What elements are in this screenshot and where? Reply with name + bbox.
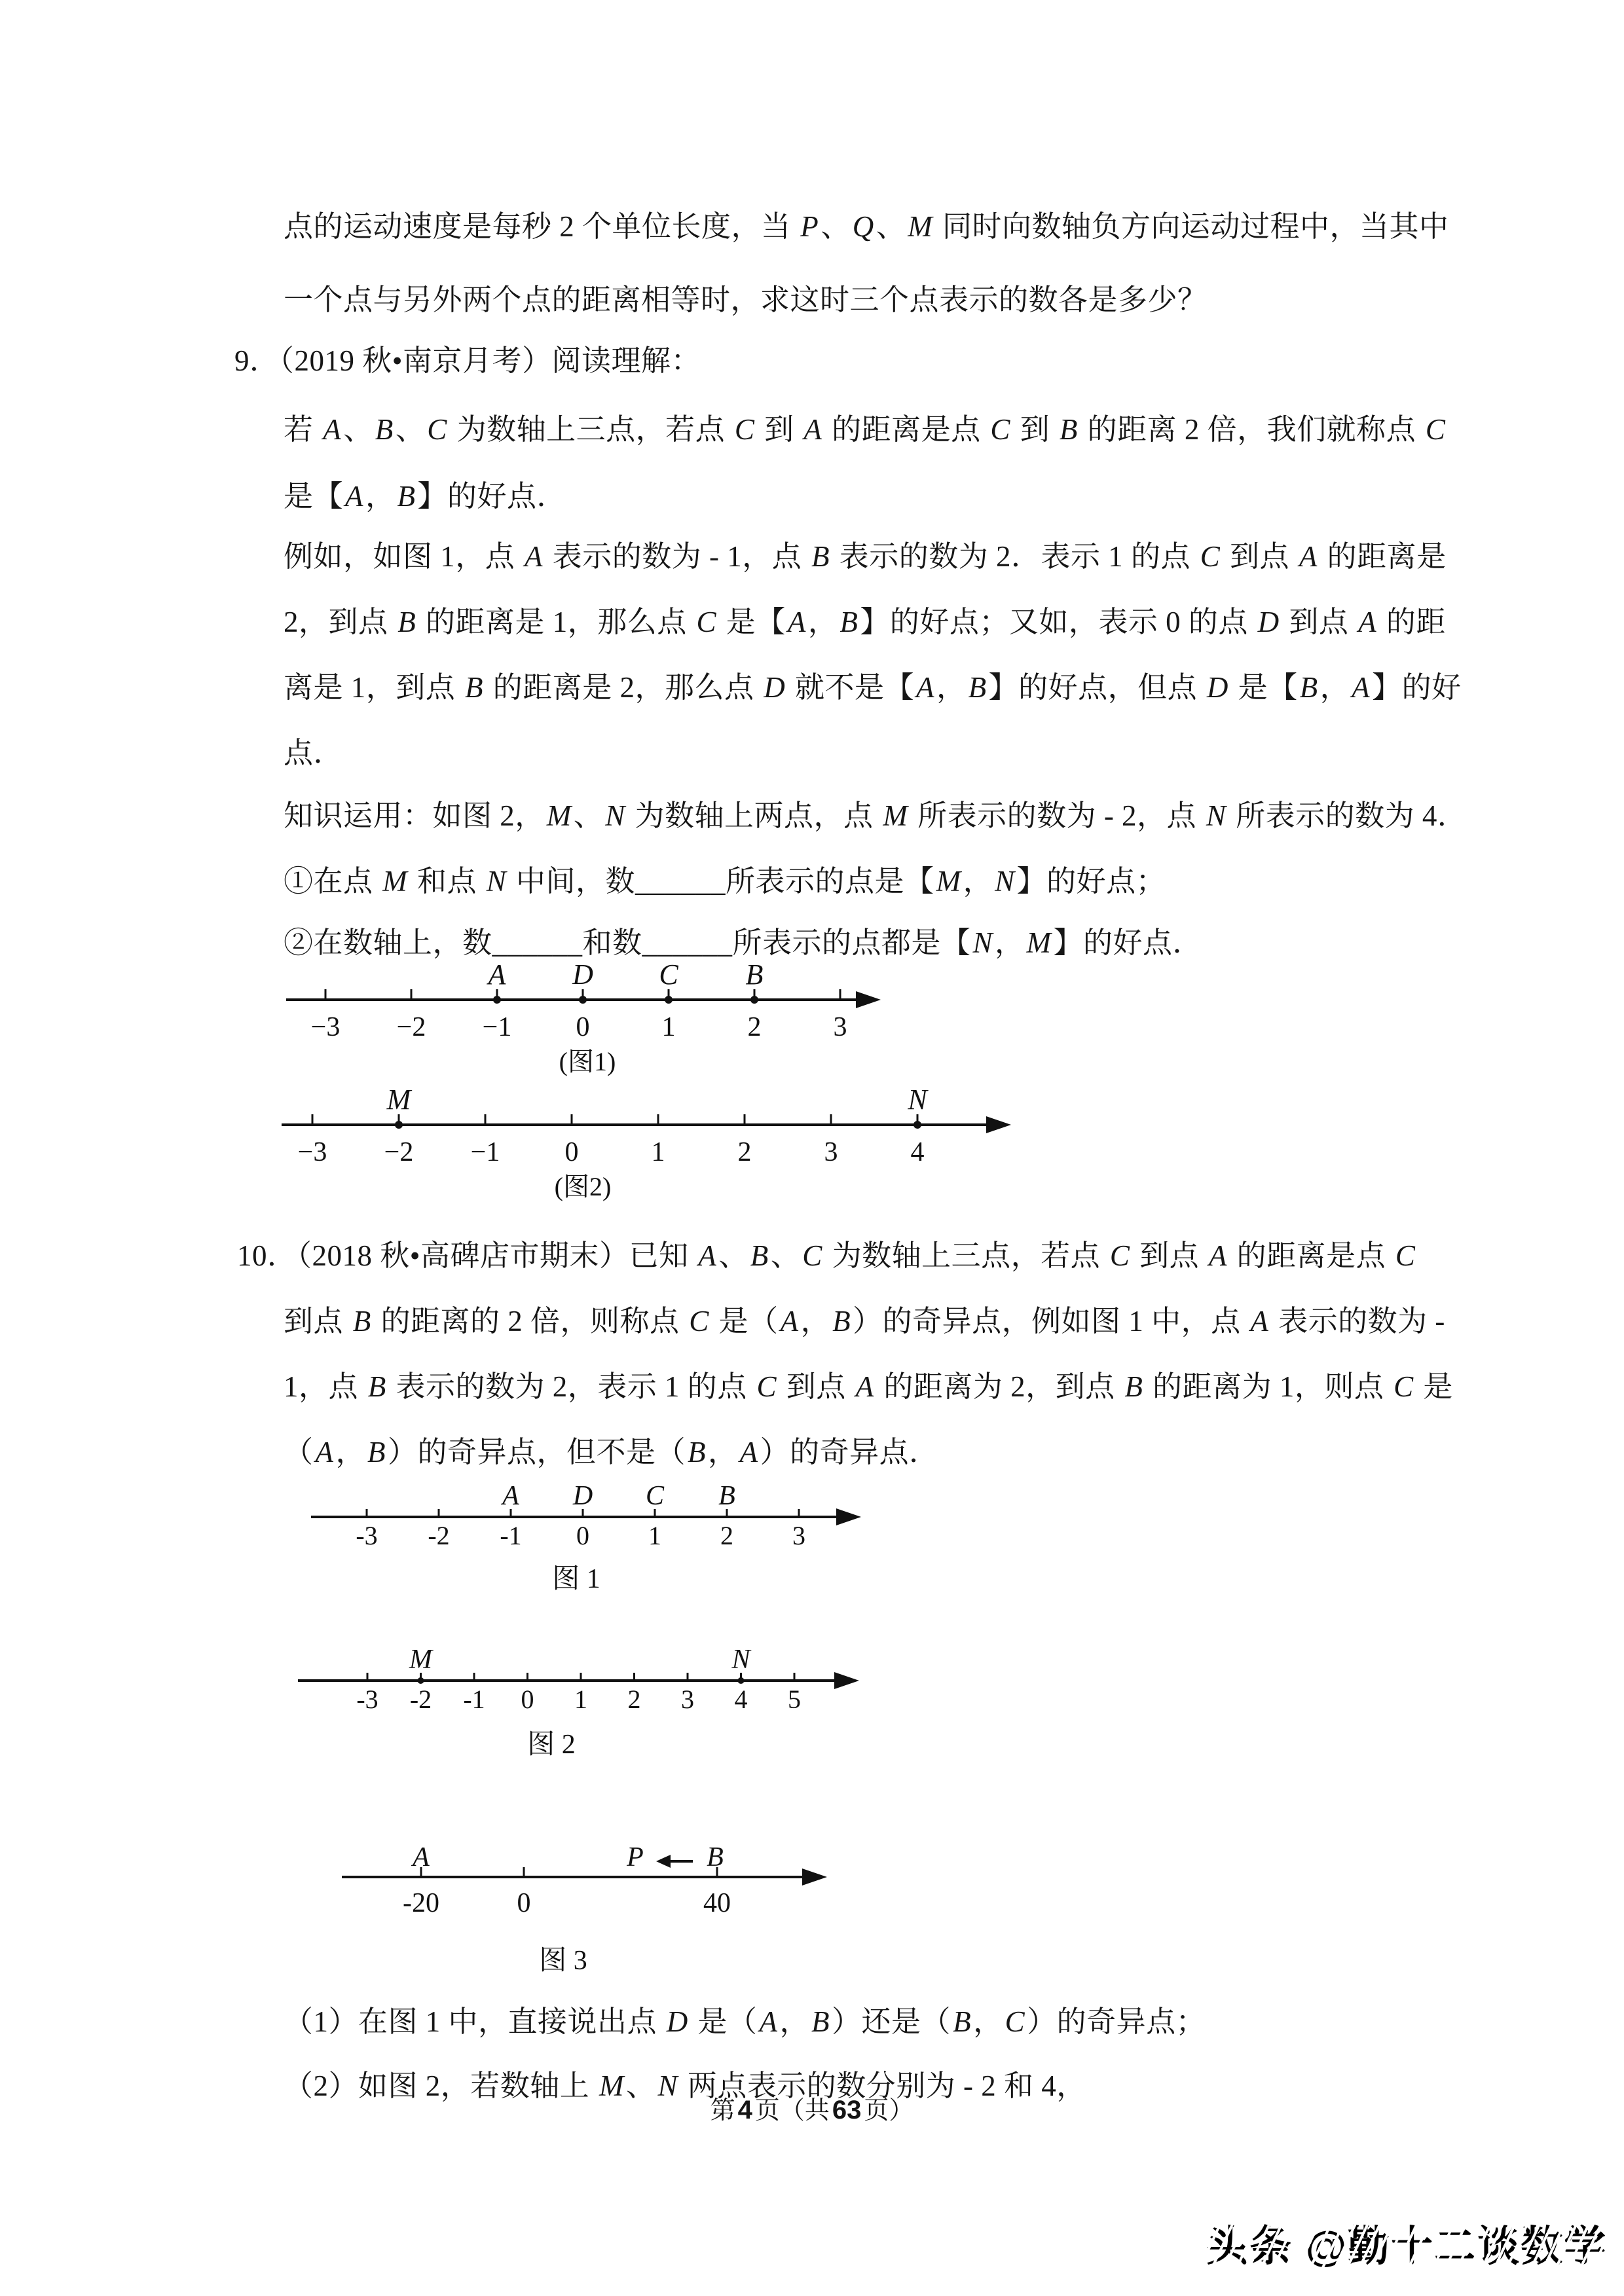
figure-caption: (图2) (555, 1172, 612, 1201)
tick-label: 3 (681, 1685, 694, 1714)
point-dot (665, 996, 673, 1004)
point-dot (738, 1677, 745, 1684)
axis-arrowhead-icon (834, 1672, 859, 1689)
tick-label: 1 (648, 1521, 661, 1550)
footer-suffix: 页） (864, 2097, 913, 2124)
text-line: 10．（2018 秋•高碑店市期末）已知 A、B、C 为数轴上三点，若点 C 到… (237, 1237, 1417, 1274)
point-label: B (718, 1481, 735, 1511)
number-line-svg: -3-2-10123ADCB图 1 (295, 1480, 891, 1604)
text-line: 离是 1，到点 B 的距离是 2，那么点 D 就不是【A，B】的好点，但点 D … (284, 669, 1462, 706)
point-label: A (487, 958, 507, 991)
tick-label: 0 (565, 1137, 579, 1167)
number-line-svg: −3−2−10123ADCB(图1) (275, 949, 923, 1087)
tick-label: 5 (788, 1685, 801, 1714)
tick-label: 0 (517, 1888, 531, 1918)
left-arrow-head-icon (656, 1855, 671, 1868)
tick-label: 0 (576, 1521, 589, 1550)
point-label: A (411, 1842, 430, 1872)
footer-prefix: 第 (710, 2097, 735, 2124)
point-dot (913, 1121, 921, 1129)
figure-q10-3-number-line: -20040A图 3PB (327, 1820, 871, 1977)
number-line-svg: -3-2-1012345MN图 2 (295, 1643, 891, 1771)
figure-q9-1-number-line: −3−2−10123ADCB(图1) (275, 949, 923, 1087)
figure-q9-2-number-line: −3−2−101234MN(图2) (275, 1074, 1041, 1211)
text-line: 是【A，B】的好点． (284, 478, 566, 515)
page-footer: 第4页（共63页） (0, 2090, 1624, 2126)
point-label: D (572, 1481, 593, 1511)
tick-label: 40 (703, 1888, 731, 1918)
figure-q10-1-number-line: -3-2-10123ADCB图 1 (295, 1480, 891, 1604)
moving-point-label: P (626, 1842, 644, 1872)
tick-label: 2 (738, 1137, 752, 1167)
axis-arrowhead-icon (986, 1116, 1011, 1133)
figure-caption: 图 3 (539, 1946, 587, 1976)
tick-label: −1 (471, 1137, 500, 1167)
point-dot (493, 996, 501, 1004)
tick-label: 3 (834, 1012, 847, 1042)
text-line: 点的运动速度是每秒 2 个单位长度，当 P、Q、M 同时向数轴负方向运动过程中，… (284, 208, 1449, 245)
tick-label: 2 (720, 1521, 733, 1550)
tick-label: 3 (792, 1521, 805, 1550)
tick-label: 0 (521, 1685, 534, 1714)
figure-caption: (图1) (559, 1047, 616, 1076)
point-dot (579, 996, 587, 1004)
figure-caption: 图 1 (552, 1564, 600, 1594)
point-label: N (907, 1084, 929, 1116)
tick-label: −3 (311, 1012, 341, 1042)
point-dot (418, 1677, 424, 1684)
worksheet-page: 点的运动速度是每秒 2 个单位长度，当 P、Q、M 同时向数轴负方向运动过程中，… (0, 0, 1624, 2296)
text-line: 9．（2019 秋•南京月考）阅读理解： (234, 342, 701, 379)
point-label: B (746, 958, 764, 991)
tick-label: -1 (463, 1685, 485, 1714)
text-line: 2，到点 B 的距离是 1，那么点 C 是【A，B】的好点；又如，表示 0 的点… (284, 604, 1446, 640)
axis-arrowhead-icon (856, 991, 881, 1008)
tick-label: 4 (911, 1137, 925, 1167)
text-line: 若 A、B、C 为数轴上三点，若点 C 到 A 的距离是点 C 到 B 的距离 … (284, 411, 1447, 448)
tick-label: 2 (628, 1685, 641, 1714)
text-line: （A，B）的奇异点，但不是（B，A）的奇异点． (284, 1434, 939, 1470)
point-label: A (500, 1481, 519, 1511)
tick-label: −2 (384, 1137, 414, 1167)
figure-caption: 图 2 (527, 1730, 576, 1760)
point-label: C (659, 958, 678, 991)
tick-label: -2 (410, 1685, 432, 1714)
footer-total-pages: 63 (830, 2096, 864, 2124)
tick-label: 1 (574, 1685, 587, 1714)
point-dot (395, 1121, 403, 1129)
point-label: C (646, 1481, 665, 1511)
text-line: 1，点 B 表示的数为 2，表示 1 的点 C 到点 A 的距离为 2，到点 B… (284, 1368, 1453, 1405)
tick-label: 4 (735, 1685, 748, 1714)
point-label: M (386, 1084, 413, 1116)
tick-label: 1 (662, 1012, 676, 1042)
tick-label: -1 (500, 1521, 521, 1550)
tick-label: -2 (428, 1521, 449, 1550)
tick-label: 1 (652, 1137, 665, 1167)
point-label: D (572, 958, 593, 991)
tick-label: -3 (356, 1521, 377, 1550)
number-line-svg: -20040A图 3PB (327, 1820, 871, 1977)
text-line: 点． (284, 735, 343, 771)
tick-label: 3 (824, 1137, 838, 1167)
footer-page-number: 4 (735, 2096, 755, 2124)
watermark-toutiao: 头条 @勤十二谈数学 (1206, 2213, 1607, 2273)
axis-arrowhead-icon (836, 1508, 861, 1525)
axis-arrowhead-icon (802, 1868, 827, 1886)
number-line-svg: −3−2−101234MN(图2) (275, 1074, 1041, 1211)
footer-mid: 页（共 (755, 2097, 830, 2124)
tick-label: -3 (356, 1685, 378, 1714)
tick-label: 2 (748, 1012, 762, 1042)
figure-q10-2-number-line: -3-2-1012345MN图 2 (295, 1643, 891, 1771)
text-line: 到点 B 的距离的 2 倍，则称点 C 是（A，B）的奇异点，例如图 1 中，点… (284, 1303, 1445, 1339)
text-line: （1）在图 1 中，直接说出点 D 是（A，B）还是（B，C）的奇异点； (284, 2003, 1206, 2040)
point-dot (750, 996, 758, 1004)
tick-label: −1 (483, 1012, 512, 1042)
text-line: 知识运用：如图 2，M、N 为数轴上两点，点 M 所表示的数为 - 2，点 N … (284, 797, 1467, 834)
tick-label: −3 (298, 1137, 327, 1167)
text-line: 例如，如图 1，点 A 表示的数为 - 1，点 B 表示的数为 2．表示 1 的… (284, 538, 1447, 575)
tick-label: 0 (576, 1012, 590, 1042)
point-label: M (409, 1645, 434, 1675)
tick-label: -20 (403, 1888, 439, 1918)
from-point-label: B (707, 1842, 724, 1872)
text-line: ①在点 M 和点 N 中间，数______所表示的点是【M，N】的好点； (284, 863, 1166, 900)
tick-label: −2 (397, 1012, 426, 1042)
point-label: N (731, 1645, 751, 1675)
text-line: 一个点与另外两个点的距离相等时，求这时三个点表示的数各是多少？ (284, 282, 1208, 318)
